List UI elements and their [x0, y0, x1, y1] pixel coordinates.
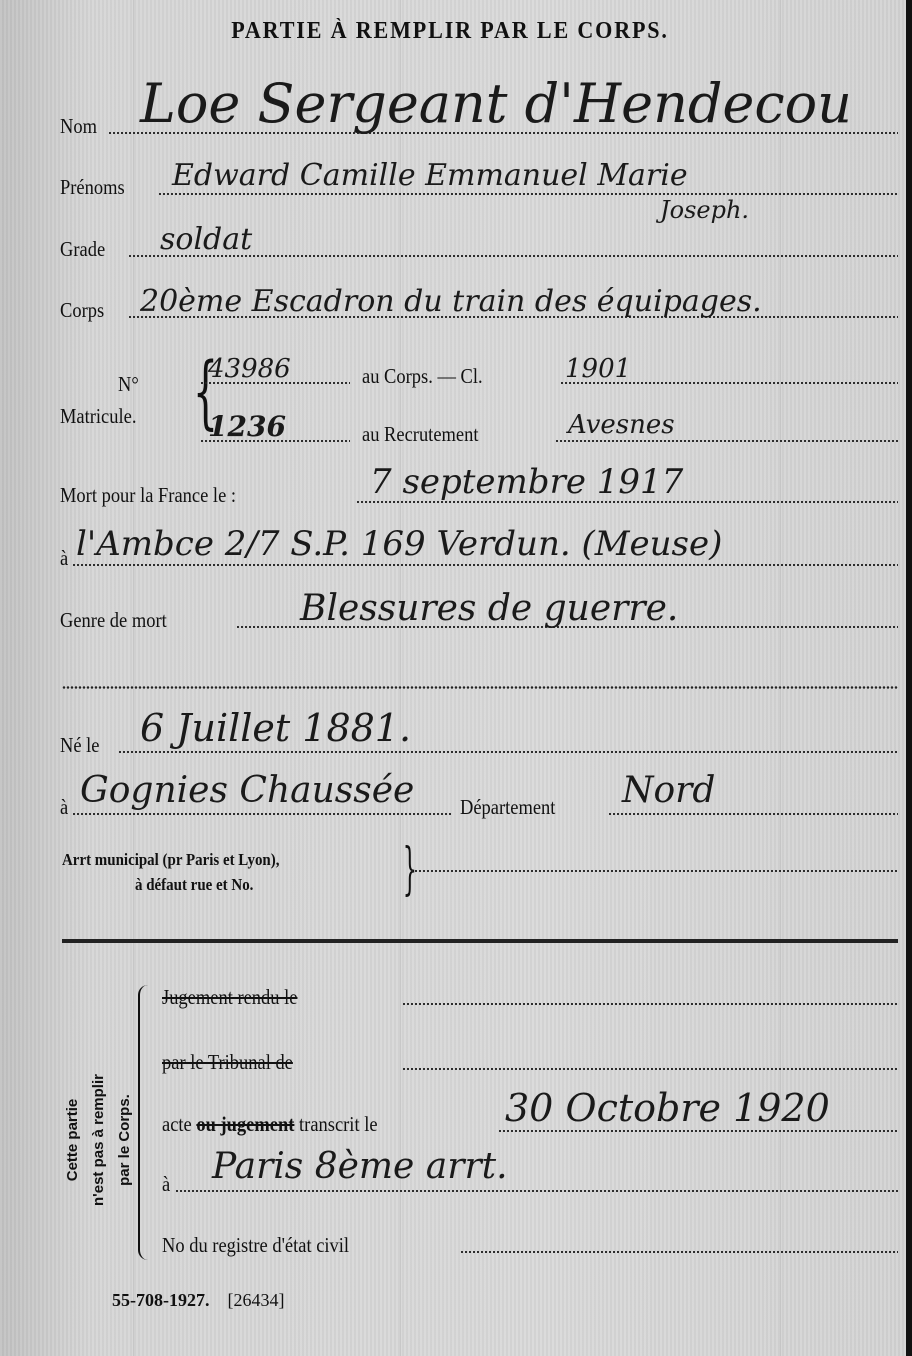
arrondissement-label: Arrt municipal (pr Paris et Lyon),	[62, 850, 279, 870]
corps-label: Corps	[60, 298, 104, 323]
registre-label: No du registre d'état civil	[162, 1233, 349, 1258]
acte-label-acte: acte	[162, 1112, 192, 1136]
lieu-naissance-line	[72, 813, 452, 815]
classe-value: 1901	[565, 354, 631, 384]
side-note: Cette partie n'est pas à remplir par le …	[60, 1040, 150, 1210]
acte-value: 30 Octobre 1920	[505, 1086, 830, 1130]
lieu-mort-line	[72, 564, 898, 566]
print-code: 55-708-1927. [26434]	[112, 1290, 285, 1311]
departement-label: Département	[460, 795, 555, 820]
tribunal-line	[402, 1068, 898, 1070]
matricule-label-no: N°	[118, 372, 139, 397]
prenoms-line	[158, 193, 898, 195]
acte-label: acte ou jugement transcrit le	[162, 1112, 378, 1137]
recrutement-place-line	[555, 440, 898, 442]
matricule-corps-value: 43986	[208, 354, 291, 384]
lieu-transcription-line	[175, 1190, 898, 1192]
registre-line	[460, 1251, 898, 1253]
departement-value: Nord	[622, 770, 715, 811]
section-separator	[62, 939, 898, 943]
lieu-naissance-value: Gognies Chaussée	[80, 770, 414, 811]
genre-mort-value: Blessures de guerre.	[300, 588, 678, 629]
prenoms-value-line2: Joseph.	[660, 196, 749, 224]
side-brace	[138, 985, 152, 1260]
arrondissement-label-line2: à défaut rue et No.	[135, 875, 253, 895]
print-code-number: 55-708-1927.	[112, 1290, 210, 1310]
tribunal-label: par le Tribunal de	[162, 1050, 293, 1075]
page-title: PARTIE À REMPLIR PAR LE CORPS.	[36, 18, 864, 45]
lieu-naissance-label: à	[60, 795, 68, 820]
blank-line	[62, 686, 898, 689]
departement-line	[608, 813, 898, 815]
ne-le-label: Né le	[60, 733, 100, 758]
lieu-mort-label: à	[60, 546, 68, 571]
grade-value: soldat	[160, 222, 252, 257]
prenoms-value: Edward Camille Emmanuel Marie	[172, 158, 688, 193]
prenoms-label: Prénoms	[60, 175, 125, 200]
matricule-recrutement-value: 1236	[208, 410, 286, 443]
nom-value: Loe Sergeant d'Hendecou	[140, 72, 852, 135]
nom-label: Nom	[60, 114, 97, 139]
paper-grain-line	[780, 0, 781, 1356]
lieu-transcription-value: Paris 8ème arrt.	[212, 1146, 508, 1187]
side-note-line3: par le Corps.	[112, 1040, 138, 1240]
arrondissement-line	[410, 870, 898, 872]
genre-mort-label: Genre de mort	[60, 608, 167, 633]
lieu-transcription-label: à	[162, 1172, 170, 1197]
side-note-line1: Cette partie	[60, 1040, 86, 1240]
lieu-mort-value: l'Ambce 2/7 S.P. 169 Verdun. (Meuse)	[76, 524, 722, 564]
matricule-corps-label: au Corps. — Cl.	[362, 364, 483, 389]
mort-value: 7 septembre 1917	[370, 462, 683, 502]
jugement-label: Jugement rendu le	[162, 985, 297, 1010]
recrutement-label: au Recrutement	[362, 422, 478, 447]
print-ref: [26434]	[228, 1290, 285, 1310]
recrutement-place-value: Avesnes	[568, 410, 675, 440]
acte-label-struck: ou jugement	[196, 1112, 294, 1136]
death-record-card: PARTIE À REMPLIR PAR LE CORPS. Nom Loe S…	[0, 0, 912, 1356]
acte-label-transcrit: transcrit le	[299, 1112, 378, 1136]
acte-line	[498, 1130, 898, 1132]
side-note-line2: n'est pas à remplir	[86, 1040, 112, 1240]
matricule-label: Matricule.	[60, 404, 136, 429]
corps-value: 20ème Escadron du train des équipages.	[140, 284, 762, 319]
mort-label: Mort pour la France le :	[60, 483, 236, 508]
grade-label: Grade	[60, 237, 105, 262]
card-edge	[906, 0, 912, 1356]
ne-le-value: 6 Juillet 1881.	[140, 706, 411, 750]
ne-le-line	[118, 751, 898, 753]
jugement-line	[402, 1003, 898, 1005]
